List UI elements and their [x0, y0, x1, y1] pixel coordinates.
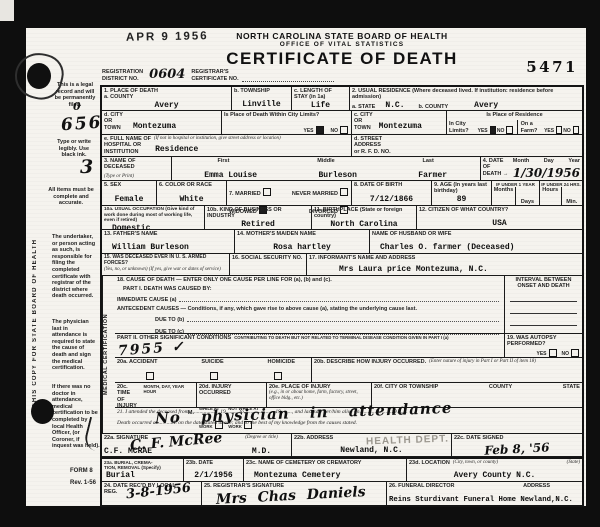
- funeral-address-label: ADDRESS: [523, 483, 550, 489]
- hospital-label2: HOSPITAL OR INSTITUTION: [104, 142, 141, 155]
- age-value: 89: [434, 195, 489, 204]
- county-value: Avery: [104, 101, 229, 110]
- cemetery-value: Montezuma Cemetery: [246, 471, 404, 480]
- occupation-label: 10a. USUAL OCCUPATION (Give kind of work…: [104, 207, 202, 224]
- usual-residence-label: 2. USUAL RESIDENCE (Where deceased lived…: [352, 88, 580, 101]
- interval-blank: [510, 292, 577, 302]
- street-address-label: d. STREET ADDRESS or R. F. D. NO.: [354, 136, 580, 155]
- degree-label: (Degree or title): [234, 435, 289, 441]
- certificate-number: 5471: [526, 58, 578, 76]
- field-armed-forces: 15. WAS DECEASED EVER IN U. S. ARMED FOR…: [102, 254, 230, 275]
- interval-label: INTERVAL BETWEEN ONSET AND DEATH: [507, 277, 580, 290]
- industry-label: 10b. KIND OF BUSINESS OR INDUSTRY: [207, 207, 309, 220]
- residence-limits-label: Is Place of Residence: [449, 112, 580, 118]
- cause-label: 18. CAUSE OF DEATH — ENTER ONLY ONE CAUS…: [117, 277, 502, 283]
- day-label: Day: [544, 158, 554, 164]
- field-registrar-signature: 25. REGISTRAR'S SIGNATURE Mrs Chas Danie…: [202, 482, 387, 505]
- middle-name-value: Burleson: [318, 171, 356, 180]
- birthplace-value: North Carolina: [314, 220, 414, 229]
- part2-note: CONTRIBUTING TO DEATH BUT NOT RELATED TO…: [234, 335, 448, 340]
- part2-handwritten-value: 7955 ✓: [118, 339, 187, 360]
- citizen-label: 12. CITIZEN OF WHAT COUNTRY?: [419, 207, 580, 213]
- field-township: b. TOWNSHIP Linville: [232, 87, 292, 110]
- field-residence-city: c. CITY OR TOWN Montezuma: [352, 111, 447, 134]
- immediate-cause-blank: [179, 301, 499, 302]
- field-informant: 17. INFORMANT'S NAME AND ADDRESS Mrs Lau…: [307, 254, 582, 275]
- field-name-parts: First Middle Last Emma Louise Burleson F…: [172, 157, 480, 180]
- autopsy-no-checkbox: [571, 349, 579, 357]
- sex-label: 5. SEX: [104, 182, 154, 188]
- spouse-label: NAME OF HUSBAND OR WIFE: [372, 231, 580, 237]
- field-hospital: e. FULL NAME OF (If not in hospital or i…: [102, 135, 352, 156]
- injury-time-label: 20c. TIME OF INJURY: [117, 384, 141, 410]
- field-ssn: 16. SOCIAL SECURITY NO.: [230, 254, 307, 275]
- death-city-yes-checkbox: [316, 126, 324, 134]
- field-how-injury: 20b. DESCRIBE HOW INJURY OCCURRED. (Ente…: [312, 358, 582, 382]
- row-armed-informant: 15. WAS DECEASED EVER IN U. S. ARMED FOR…: [102, 254, 582, 276]
- date-of-death-value: 1/30/1956: [513, 166, 580, 180]
- no-label: NO: [497, 128, 505, 134]
- informant-value: Mrs Laura price Montezuma, N.C.: [309, 265, 580, 274]
- row-burial: 23a. BURIAL, CREMA- TION, REMOVAL (Speci…: [102, 457, 582, 482]
- address-value: Newland, N.C.: [294, 446, 449, 455]
- how-injury-label: 20b. DESCRIBE HOW INJURY OCCURRED.: [314, 359, 426, 365]
- last-name-label: Last: [423, 158, 434, 164]
- how-injury-note: (Enter nature of injury in Part I or Par…: [429, 359, 536, 365]
- accident-checkbox: [146, 372, 154, 380]
- field-industry: 10b. KIND OF BUSINESS OR INDUSTRY Retire…: [205, 206, 312, 229]
- industry-value: Retired: [207, 220, 309, 229]
- residence-county-value: Avery: [474, 101, 498, 110]
- res-city-yes-checkbox: [490, 126, 496, 134]
- field-part2: PART II. OTHER SIGNIFICANT CONDITIONS CO…: [115, 334, 504, 357]
- injury-state-label: STATE: [563, 384, 580, 390]
- field-citizen: 12. CITIZEN OF WHAT COUNTRY? USA: [417, 206, 582, 229]
- field-date-received: 24. DATE REC'D BY LOCAL REG. 3-8-1956: [102, 482, 202, 505]
- handwritten-zero: 0: [73, 100, 81, 113]
- field-death-city: d. CITY OR TOWN Montezuma: [102, 111, 222, 134]
- field-spouse: NAME OF HUSBAND OR WIFE Charles O. farme…: [370, 230, 582, 253]
- field-occupation: 10a. USUAL OCCUPATION (Give kind of work…: [102, 206, 205, 229]
- accident-label: 20a. ACCIDENT: [117, 359, 157, 365]
- field-under-1-year: IF UNDER 1 YEAR Months Days: [492, 181, 540, 205]
- name-note: (Type or Print): [104, 174, 169, 180]
- field-cause-of-death: 18. CAUSE OF DEATH — ENTER ONLY ONE CAUS…: [115, 276, 504, 333]
- suicide-label: SUICIDE: [201, 359, 223, 365]
- date-signed-value: Feb 8, '56: [454, 441, 580, 459]
- name-label: 3. NAME OF DECEASED: [104, 158, 169, 171]
- min-label: Min.: [562, 199, 583, 205]
- township-label: b. TOWNSHIP: [234, 88, 289, 94]
- length-of-stay-label: c. LENGTH OF STAY (in 1a): [294, 88, 347, 101]
- funeral-director-value: Reins Sturdivant Funeral Home Newland,N.…: [389, 496, 580, 505]
- field-attendance: 21. I attended the deceased from........…: [115, 408, 582, 433]
- interval-blank: [510, 302, 577, 314]
- row-registrar-funeral: 24. DATE REC'D BY LOCAL REG. 3-8-1956 25…: [102, 482, 582, 505]
- due-to-b-label: DUE TO (b): [155, 317, 184, 323]
- field-age: 9. AGE (In years last birthday) 89: [432, 181, 492, 205]
- scan-corner-artifact: [0, 0, 14, 21]
- field-cemetery: 23c. NAME OF CEMETERY OR CREMATORY Monte…: [244, 459, 407, 481]
- row-city: d. CITY OR TOWN Montezuma Is Place of De…: [102, 111, 582, 135]
- armed-forces-note: (Yes, no, or unknown) (If yes, give war …: [104, 267, 227, 273]
- field-sex: 5. SEX Female: [102, 181, 157, 205]
- handwritten-656: 656: [60, 113, 103, 136]
- injury-city-label: 20f. CITY OR TOWNSHIP: [374, 384, 438, 390]
- no-label: NO: [562, 351, 570, 357]
- location-note: (City, town, or county): [453, 460, 567, 466]
- scanned-death-certificate: This is a legal record and will be perma…: [0, 0, 600, 527]
- armed-forces-label: 15. WAS DECEASED EVER IN U. S. ARMED FOR…: [104, 255, 227, 267]
- homicide-checkbox: [274, 372, 282, 380]
- last-name-value: Farmer: [418, 171, 447, 180]
- age-label: 9. AGE (In years last birthday): [434, 182, 489, 195]
- field-residence-limits: Is Place of Residence In City Limits? YE…: [447, 111, 582, 134]
- row-attendance: 21. I attended the deceased from........…: [115, 408, 582, 433]
- field-under-24-hrs: IF UNDER 24 HRS. Hours Min.: [540, 181, 582, 205]
- registration-district-label: REGISTRATION DISTRICT NO.: [102, 69, 143, 82]
- field-street-address: d. STREET ADDRESS or R. F. D. NO.: [352, 135, 582, 156]
- field-burial-date: 23b. DATE 2/1/1956: [184, 459, 244, 481]
- field-signature: 22a. SIGNATURE (Degree or title) C.F. MC…: [102, 434, 292, 456]
- row-hospital-street: e. FULL NAME OF (If not in hospital or i…: [102, 135, 582, 157]
- field-injury-at-work: 20d. INJURY OCCURRED WHILE AT WORK NOT W…: [197, 383, 267, 407]
- mother-value: Rosa hartley: [237, 243, 367, 252]
- township-value: Linville: [234, 100, 289, 109]
- certificate-header: NORTH CAROLINA STATE BOARD OF HEALTH OFF…: [100, 31, 584, 68]
- sex-value: Female: [104, 195, 154, 204]
- field-usual-residence: 2. USUAL RESIDENCE (Where deceased lived…: [350, 87, 582, 110]
- certificate-form: 1. PLACE OF DEATH a. COUNTY Avery b. TOW…: [100, 85, 584, 507]
- father-label: 13. FATHER'S NAME: [104, 231, 232, 237]
- certificate-title: CERTIFICATE OF DEATH: [100, 49, 584, 68]
- registrars-certificate-label: REGISTRAR'S CERTIFICATE NO.: [191, 69, 238, 82]
- never-married-label: NEVER MARRIED: [292, 191, 338, 197]
- farm-no-checkbox: [573, 126, 579, 134]
- field-funeral-director: 26. FUNERAL DIRECTOR ADDRESS Reins Sturd…: [387, 482, 582, 505]
- never-married-checkbox: [340, 188, 348, 196]
- degree-value: M.D.: [234, 447, 289, 456]
- row-name-deathdate: 3. NAME OF DECEASED (Type or Print) Firs…: [102, 157, 582, 181]
- funeral-director-label: 26. FUNERAL DIRECTOR: [389, 483, 523, 489]
- in-city-limits-label: In City Limits?: [449, 121, 476, 134]
- immediate-cause-label: IMMEDIATE CAUSE (a): [117, 297, 176, 303]
- field-injury-time: 20c. TIME OF INJURY MONTH, DAY, YEAR HOU…: [115, 383, 197, 407]
- field-marital-status: 7. MARRIED NEVER MARRIED WIDOWED DIVORCE…: [227, 181, 352, 205]
- color-race-value: White: [159, 195, 224, 204]
- part1-label: PART I. DEATH WAS CAUSED BY:: [123, 286, 502, 292]
- autopsy-yes-checkbox: [549, 349, 557, 357]
- date-of-birth-value: 7/12/1866: [354, 195, 429, 204]
- first-name-label: First: [218, 158, 230, 164]
- margin-undertaker-note: The undertaker, or person acting as such…: [52, 234, 98, 300]
- divider: [517, 120, 518, 134]
- married-label: 7. MARRIED: [229, 191, 261, 197]
- row-part2: PART II. OTHER SIGNIFICANT CONDITIONS CO…: [115, 334, 582, 358]
- org-title: NORTH CAROLINA STATE BOARD OF HEALTH: [100, 31, 584, 41]
- field-burial-type: 23a. BURIAL, CREMA- TION, REMOVAL (Speci…: [102, 459, 184, 481]
- burial-value: Burial: [104, 471, 181, 480]
- field-mother: 14. MOTHER'S MAIDEN NAME Rosa hartley: [235, 230, 370, 253]
- field-autopsy: 19. WAS AUTOPSY PERFORMED? YES NO: [504, 334, 582, 357]
- autopsy-label: 19. WAS AUTOPSY PERFORMED?: [507, 335, 580, 348]
- margin-complete-note: All items must be complete and accurate.: [48, 187, 94, 207]
- state-label: a. STATE: [352, 104, 375, 110]
- farm-yes-checkbox: [556, 126, 562, 134]
- injury-time-cols: MONTH, DAY, YEAR HOUR: [144, 384, 194, 394]
- hole-punch: [31, 399, 54, 424]
- state-value: N.C.: [385, 101, 404, 110]
- suicide-checkbox: [210, 372, 218, 380]
- death-city-limits-label: Is Place of Death Within City Limits?: [224, 112, 349, 118]
- field-interval: INTERVAL BETWEEN ONSET AND DEATH: [504, 276, 582, 333]
- form-revision: Rev. 1-56: [70, 480, 96, 487]
- citizen-value: USA: [419, 219, 580, 228]
- first-name-value: Emma Louise: [204, 171, 257, 180]
- res-city-no-checkbox: [506, 126, 512, 134]
- burial-date-label: 23b. DATE: [186, 460, 241, 466]
- registration-line: REGISTRATION DISTRICT NO. 0604 REGISTRAR…: [102, 67, 334, 82]
- yes-label: YES: [478, 128, 488, 134]
- cemetery-label: 23c. NAME OF CEMETERY OR CREMATORY: [246, 460, 404, 466]
- days-label: Days: [516, 199, 539, 205]
- field-date-of-death: 4. DATE OF DEATH → Month Day Year 1/30/1…: [480, 157, 582, 180]
- field-color-race: 6. COLOR OR RACE White: [157, 181, 227, 205]
- field-address-signed: 22b. ADDRESS Newland, N.C. HEALTH DEPT.: [292, 434, 452, 456]
- location-value: Avery County N.C.: [409, 471, 580, 480]
- field-cemetery-location: 23d. LOCATION (City, town, or county) (S…: [407, 459, 582, 481]
- yes-label: YES: [536, 351, 546, 357]
- row-signature: 22a. SIGNATURE (Degree or title) C.F. MC…: [102, 434, 582, 457]
- hospital-value: Residence: [155, 145, 198, 154]
- no-label: NO: [331, 128, 339, 134]
- due-to-b-blank: [187, 321, 499, 322]
- burial-date-value: 2/1/1956: [186, 471, 241, 480]
- antecedent-label: ANTECEDENT CAUSES — Conditions, if any, …: [117, 306, 502, 312]
- father-value: William Burleson: [104, 243, 232, 252]
- burial-label: 23a. BURIAL, CREMA- TION, REMOVAL (Speci…: [104, 460, 181, 471]
- field-violence-type: 20a. ACCIDENT SUICIDE HOMICIDE: [115, 358, 312, 382]
- handwritten-three: 3: [80, 156, 93, 178]
- mother-label: 14. MOTHER'S MAIDEN NAME: [237, 231, 367, 237]
- row-cause-of-death: 18. CAUSE OF DEATH — ENTER ONLY ONE CAUS…: [115, 276, 582, 334]
- location-state-note: (State): [567, 460, 580, 466]
- row-sex-age: 5. SEX Female 6. COLOR OR RACE White 7. …: [102, 181, 582, 206]
- informant-label: 17. INFORMANT'S NAME AND ADDRESS: [309, 255, 580, 261]
- year-label: Year: [568, 158, 580, 164]
- field-date-signed: 22c. DATE SIGNED Feb 8, '56: [452, 434, 582, 456]
- interval-blank: [510, 314, 577, 326]
- months-label: Months: [492, 187, 516, 205]
- no-label: NO: [563, 128, 571, 134]
- row-violence: 20a. ACCIDENT SUICIDE HOMICIDE: [115, 358, 582, 383]
- month-label: Month: [513, 158, 530, 164]
- date-signed-label: 22c. DATE SIGNED: [454, 435, 580, 441]
- field-place-of-death-county: 1. PLACE OF DEATH a. COUNTY Avery: [102, 87, 232, 110]
- death-city-value: Montezuma: [133, 122, 176, 131]
- ssn-label: 16. SOCIAL SECURITY NO.: [232, 255, 304, 261]
- homicide-label: HOMICIDE: [267, 359, 295, 365]
- field-name-of-deceased: 3. NAME OF DECEASED (Type or Print): [102, 157, 172, 180]
- length-of-stay-value: Life: [294, 101, 347, 110]
- middle-name-label: Middle: [317, 158, 334, 164]
- yes-label: YES: [303, 128, 313, 134]
- birthplace-label: 11. BIRTHPLACE (State or foreign country…: [314, 207, 414, 220]
- row-parents: 13. FATHER'S NAME William Burleson 14. M…: [102, 230, 582, 254]
- office-subtitle: OFFICE OF VITAL STATISTICS: [100, 41, 584, 49]
- hospital-note: (If not in hospital or institution, give…: [154, 136, 281, 142]
- color-race-label: 6. COLOR OR RACE: [159, 182, 224, 188]
- certificate-paper: This is a legal record and will be perma…: [26, 28, 586, 506]
- field-birthplace: 11. BIRTHPLACE (State or foreign country…: [312, 206, 417, 229]
- hours-label: Hours: [540, 187, 562, 205]
- margin-vertical-text: THIS COPY FOR STATE BOARD OF HEALTH: [32, 178, 38, 468]
- yes-label: YES: [544, 128, 554, 134]
- date-of-birth-label: 8. DATE OF BIRTH: [354, 182, 429, 188]
- spouse-value: Charles O. farmer (Deceased): [372, 243, 580, 252]
- form-number: FORM 8: [70, 468, 93, 475]
- on-farm-label: On a Farm?: [521, 121, 542, 134]
- death-city-no-checkbox: [340, 126, 348, 134]
- residence-city-label: c. CITY OR TOWN: [354, 112, 373, 131]
- medical-certification-section: MEDICAL CERTIFICATION 18. CAUSE OF DEATH…: [102, 276, 582, 434]
- residence-county-label: b. COUNTY: [419, 104, 449, 110]
- injury-occurred-label: 20d. INJURY OCCURRED: [199, 384, 264, 397]
- death-city-label: d. CITY OR TOWN: [104, 112, 123, 131]
- field-date-of-birth: 8. DATE OF BIRTH 7/12/1866: [352, 181, 432, 205]
- location-label: 23d. LOCATION: [409, 460, 450, 466]
- row-occupation: 10a. USUAL OCCUPATION (Give kind of work…: [102, 206, 582, 230]
- margin-physician-note: The physician last in attendance is requ…: [52, 319, 96, 372]
- date-of-death-label: 4. DATE OF DEATH →: [483, 158, 513, 177]
- field-father: 13. FATHER'S NAME William Burleson: [102, 230, 235, 253]
- married-checkbox: [263, 188, 271, 196]
- injury-place-note: (e.g., in or about home, farm, factory, …: [269, 390, 369, 402]
- registration-district-value: 0604: [149, 67, 185, 82]
- field-death-city-limits: Is Place of Death Within City Limits? YE…: [222, 111, 352, 134]
- residence-city-value: Montezuma: [379, 122, 422, 131]
- registrars-certificate-blank: [242, 73, 334, 82]
- row-place-residence-top: 1. PLACE OF DEATH a. COUNTY Avery b. TOW…: [102, 87, 582, 111]
- injury-county-label: COUNTY: [489, 384, 512, 390]
- medical-certification-vertical-label: MEDICAL CERTIFICATION: [102, 276, 115, 433]
- field-length-of-stay: c. LENGTH OF STAY (in 1a) Life: [292, 87, 350, 110]
